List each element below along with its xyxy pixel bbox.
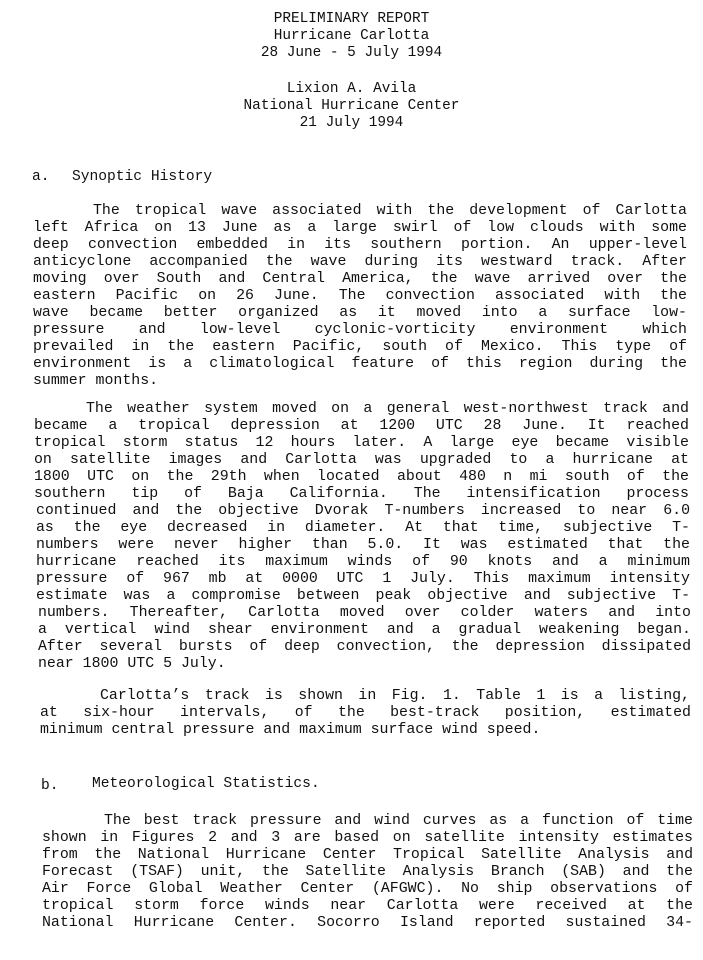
text-line: anticyclone accompanied the wave during …	[33, 254, 687, 271]
text-line: minimum central pressure and maximum sur…	[40, 722, 691, 739]
text-line: hurricane reached its maximum winds of 9…	[36, 554, 690, 571]
text-line: summer months.	[33, 373, 687, 390]
text-line: The best track pressure and wind curves …	[104, 813, 693, 830]
text-line: as the eye decreased in diameter. At tha…	[36, 520, 690, 537]
text-line: continued and the objective Dvorak T-num…	[36, 503, 690, 520]
author: Lixion A. Avila	[0, 81, 703, 98]
storm-name: Hurricane Carlotta	[0, 28, 703, 45]
text-line: eastern Pacific on 26 June. The convecti…	[33, 288, 687, 305]
section-b-label: b.	[41, 778, 59, 795]
section-b-title: Meteorological Statistics.	[92, 776, 320, 793]
text-line: near 1800 UTC 5 July.	[38, 656, 691, 673]
text-line: prevailed in the eastern Pacific, south …	[33, 339, 687, 356]
text-line: pressure and low-level cyclonic-vorticit…	[33, 322, 687, 339]
organization: National Hurricane Center	[0, 98, 703, 115]
text-line: at six-hour intervals, of the best-track…	[40, 705, 691, 722]
text-line: estimate was a compromise between peak o…	[36, 588, 690, 605]
text-line: on satellite images and Carlotta was upg…	[34, 452, 689, 469]
text-line: from the National Hurricane Center Tropi…	[42, 847, 693, 864]
text-line: After several bursts of deep convection,…	[38, 639, 691, 656]
text-line: tropical storm status 12 hours later. A …	[34, 435, 689, 452]
text-line: 1800 UTC on the 29th when located about …	[34, 469, 689, 486]
text-line: shown in Figures 2 and 3 are based on sa…	[42, 830, 693, 847]
text-line: tropical storm force winds near Carlotta…	[42, 898, 693, 915]
text-line: wave became better organized as it moved…	[33, 305, 687, 322]
text-line: a vertical wind shear environment and a …	[38, 622, 691, 639]
section-a-label: a.	[32, 169, 50, 186]
date-range: 28 June - 5 July 1994	[0, 45, 703, 62]
text-line: The weather system moved on a general we…	[86, 401, 689, 418]
text-line: Forecast (TSAF) unit, the Satellite Anal…	[42, 864, 693, 881]
text-line: numbers. Thereafter, Carlotta moved over…	[38, 605, 691, 622]
document-page: PRELIMINARY REPORT Hurricane Carlotta 28…	[0, 0, 703, 960]
text-line: pressure of 967 mb at 0000 UTC 1 July. T…	[36, 571, 690, 588]
text-line: southern tip of Baja California. The int…	[34, 486, 689, 503]
report-date: 21 July 1994	[0, 115, 703, 132]
text-line: Carlotta’s track is shown in Fig. 1. Tab…	[100, 688, 690, 705]
text-line: environment is a climatological feature …	[33, 356, 687, 373]
text-line: numbers were never higher than 5.0. It w…	[36, 537, 690, 554]
text-line: National Hurricane Center. Socorro Islan…	[42, 915, 693, 932]
text-line: deep convection embedded in its southern…	[33, 237, 687, 254]
report-type: PRELIMINARY REPORT	[0, 11, 703, 28]
text-line: Air Force Global Weather Center (AFGWC).…	[42, 881, 693, 898]
text-line: left Africa on 13 June as a large swirl …	[33, 220, 687, 237]
text-line: moving over South and Central America, t…	[33, 271, 687, 288]
text-line: became a tropical depression at 1200 UTC…	[34, 418, 689, 435]
section-a-title: Synoptic History	[72, 169, 212, 186]
text-line: The tropical wave associated with the de…	[93, 203, 687, 220]
